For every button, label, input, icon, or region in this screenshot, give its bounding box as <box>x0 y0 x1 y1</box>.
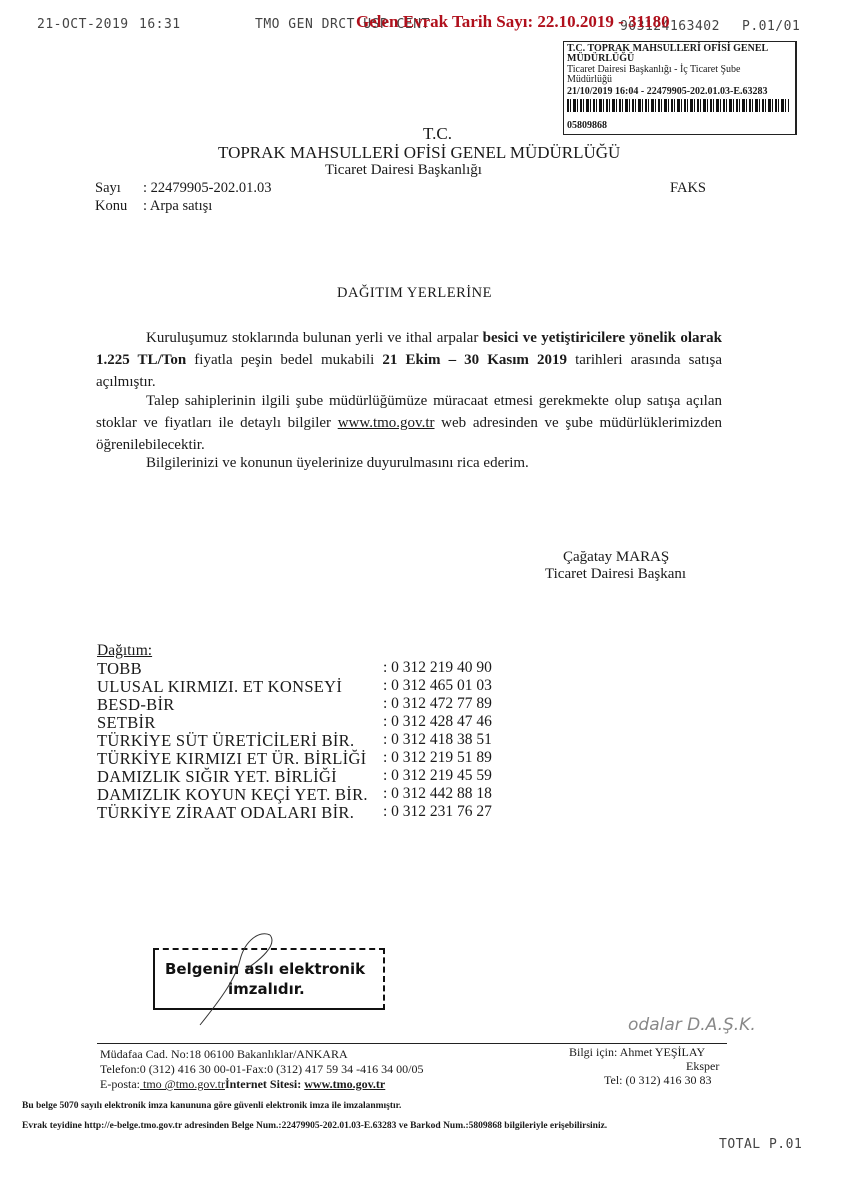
distribution-recipient-phone: : 0 312 442 88 18 <box>383 785 492 803</box>
distribution-recipient-name: TÜRKİYE KIRMIZI ET ÜR. BİRLİĞİ <box>97 749 366 769</box>
barcode-icon <box>567 99 789 112</box>
info-contact-phone: Tel: (0 312) 416 30 83 <box>604 1073 711 1088</box>
distribution-recipient-name: TÜRKİYE ZİRAAT ODALARI BİR. <box>97 803 354 823</box>
website-link[interactable]: www.tmo.gov.tr <box>338 415 435 431</box>
legal-notice-verification: Evrak teyidine http://e-belge.tmo.gov.tr… <box>22 1121 607 1131</box>
distribution-recipient-phone: : 0 312 219 40 90 <box>383 659 492 677</box>
signatory-title: Ticaret Dairesi Başkanı <box>545 566 686 583</box>
legal-notice-signature: Bu belge 5070 sayılı elektronik imza kan… <box>22 1101 401 1111</box>
fax-date: 21-OCT-2019 <box>37 17 129 32</box>
distribution-recipient-name: TÜRKİYE SÜT ÜRETİCİLERİ BİR. <box>97 731 354 751</box>
barcode-number: 05809868 <box>567 121 607 131</box>
fax-total-pages: TOTAL P.01 <box>719 1137 802 1152</box>
barcode-label: T.C. TOPRAK MAHSULLERİ OFİSİ GENEL MÜDÜR… <box>563 41 797 135</box>
distribution-recipient-name: DAMIZLIK KOYUN KEÇİ YET. BİR. <box>97 785 368 805</box>
paragraph-1: Kuruluşumuz stoklarında bulunan yerli ve… <box>96 327 722 393</box>
distribution-recipient-phone: : 0 312 465 01 03 <box>383 677 492 695</box>
distribution-recipient-phone: : 0 312 472 77 89 <box>383 695 492 713</box>
sayi-value: : 22479905-202.01.03 <box>143 180 271 197</box>
distribution-recipient-name: DAMIZLIK SIĞIR YET. BİRLİĞİ <box>97 767 337 787</box>
barcode-org-line2: MÜDÜRLÜĞÜ <box>567 54 634 64</box>
paragraph-1-bold-dates: 21 Ekim – 30 Kasım 2019 <box>382 352 567 368</box>
konu-label: Konu <box>95 198 127 215</box>
distribution-recipient-phone: : 0 312 418 38 51 <box>383 731 492 749</box>
barcode-dept-line2: Müdürlüğü <box>567 75 612 85</box>
paragraph-1-text-b: fiyatla peşin bedel mukabili <box>186 352 382 368</box>
email-label: E-posta: <box>100 1077 140 1091</box>
fax-page: P.01/01 <box>742 19 800 34</box>
distribution-recipient-phone: : 0 312 428 47 46 <box>383 713 492 731</box>
distribution-recipient-phone: : 0 312 219 45 59 <box>383 767 492 785</box>
konu-value: : Arpa satışı <box>143 198 212 215</box>
footer-contact-line: E-posta: tmo @tmo.gov.trİnternet Sitesi:… <box>100 1077 385 1092</box>
paragraph-3: Bilgilerinizi ve konunun üyelerinize duy… <box>146 455 529 472</box>
handwritten-note: odalar D.A.Ş.K. <box>628 1015 756 1035</box>
distribution-recipient-name: SETBİR <box>97 713 156 733</box>
distribution-recipient-phone: : 0 312 231 76 27 <box>383 803 492 821</box>
letterhead-tc: T.C. <box>423 124 452 144</box>
document-type: FAKS <box>670 180 706 197</box>
distribution-recipient-name: TOBB <box>97 659 142 679</box>
recipient-heading: DAĞITIM YERLERİNE <box>337 285 492 302</box>
letterhead-org: TOPRAK MAHSULLERİ OFİSİ GENEL MÜDÜRLÜĞÜ <box>218 143 620 163</box>
footer-address: Müdafaa Cad. No:18 06100 Bakanlıklar/ANK… <box>100 1047 348 1062</box>
footer-divider <box>97 1043 727 1044</box>
distribution-recipient-name: ULUSAL KIRMIZI. ET KONSEYİ <box>97 677 342 697</box>
footer-website-link[interactable]: www.tmo.gov.tr <box>304 1077 385 1091</box>
signature-scribble-icon <box>190 930 280 1030</box>
info-contact-name: Bilgi için: Ahmet YEŞİLAY <box>569 1045 705 1060</box>
paragraph-2: Talep sahiplerinin ilgili şube müdürlüğü… <box>96 390 722 456</box>
distribution-recipient-phone: : 0 312 219 51 89 <box>383 749 492 767</box>
fax-time: 16:31 <box>139 17 181 32</box>
signatory-name: Çağatay MARAŞ <box>563 549 669 566</box>
barcode-reference: 21/10/2019 16:04 - 22479905-202.01.03-E.… <box>567 87 768 97</box>
website-label: İnternet Sitesi: <box>225 1077 304 1091</box>
distribution-recipient-name: BESD-BİR <box>97 695 175 715</box>
incoming-document-stamp: Gelen Evrak Tarih Sayı: 22.10.2019 - 311… <box>356 12 670 32</box>
paragraph-1-text-a: Kuruluşumuz stoklarında bulunan yerli ve… <box>146 330 483 346</box>
letterhead-dept: Ticaret Dairesi Başkanlığı <box>325 162 482 179</box>
email-link[interactable]: tmo @tmo.gov.tr <box>140 1077 225 1091</box>
footer-phone-fax: Telefon:0 (312) 416 30 00-01-Fax:0 (312)… <box>100 1062 423 1077</box>
distribution-heading: Dağıtım: <box>97 642 152 660</box>
info-contact-title: Eksper <box>686 1059 719 1074</box>
sayi-label: Sayı <box>95 180 121 197</box>
